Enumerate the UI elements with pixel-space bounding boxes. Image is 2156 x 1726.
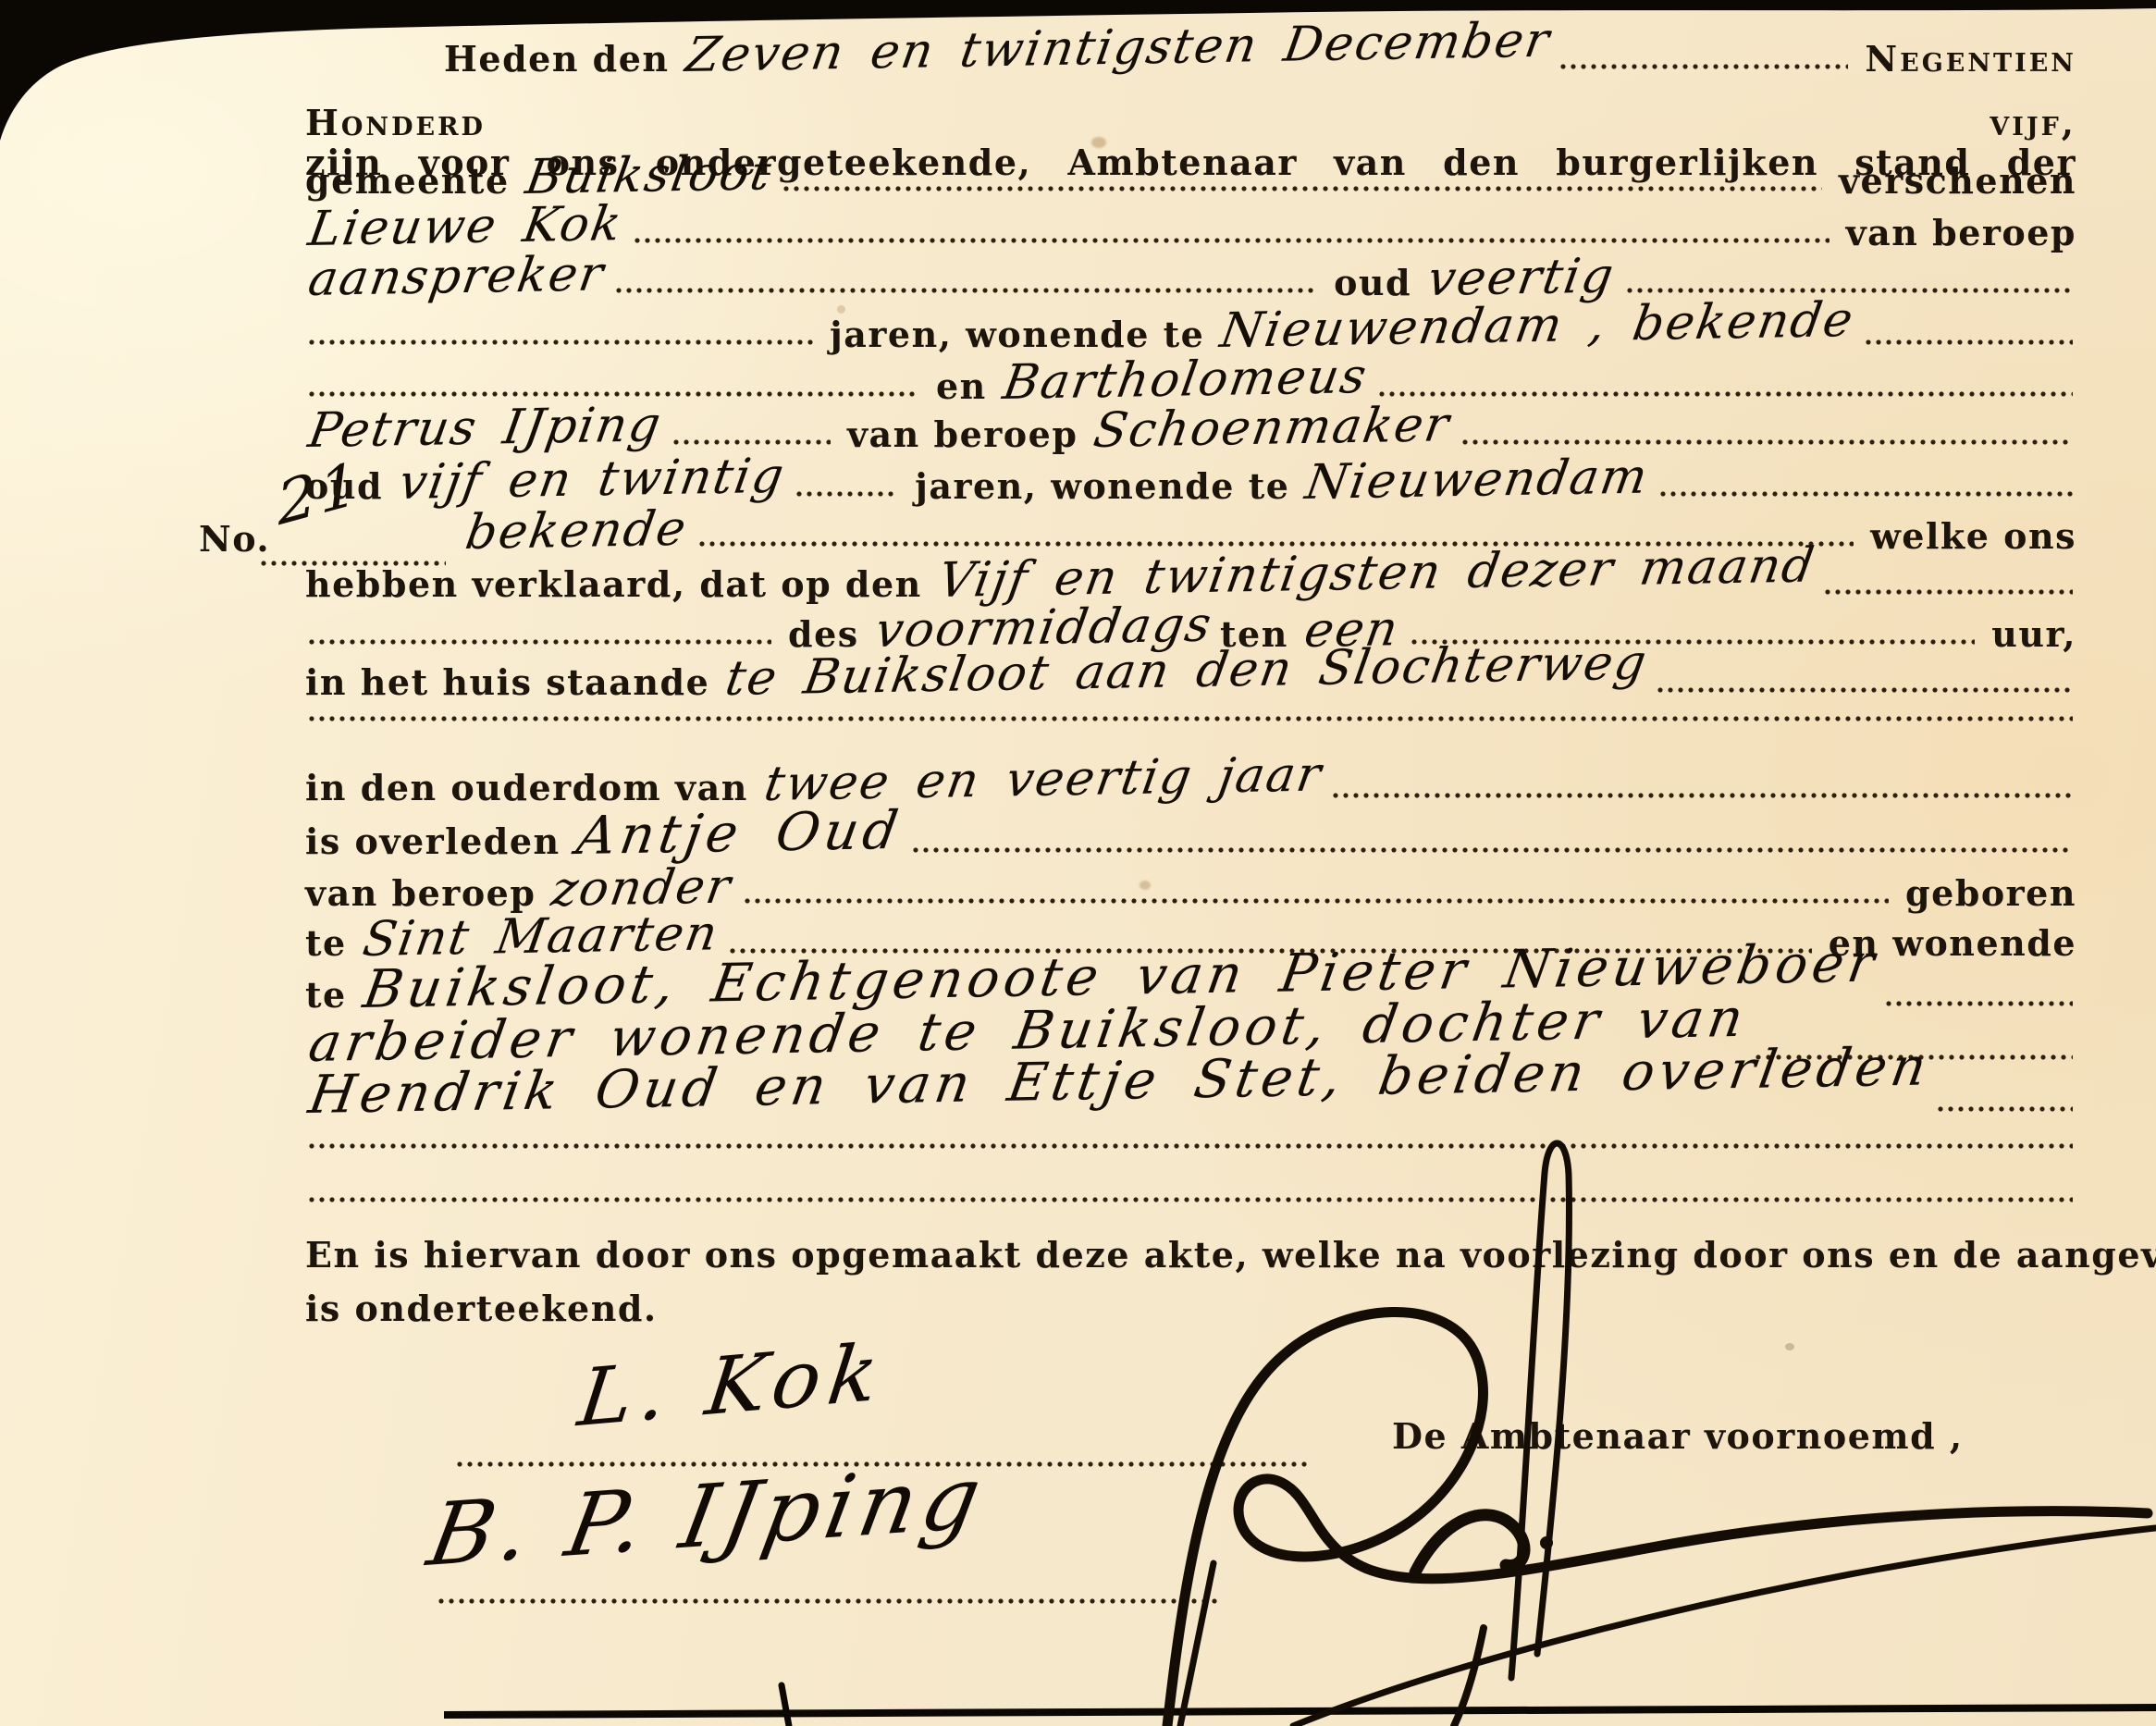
form-line-declarant2-name-beroep: Petrus IJping van beroep Schoenmaker	[305, 407, 2076, 455]
dotted-rule	[1886, 999, 2073, 1008]
printed-uur: uur,	[1991, 615, 2076, 655]
printed-oud: oud	[1334, 264, 1411, 303]
margin-record-no-label: No.	[199, 520, 270, 560]
dotted-rule	[634, 236, 1830, 245]
handwritten-declarant1-beroep: aanspreker	[305, 250, 608, 303]
handwritten-declarant2-age: vijf en twintig	[396, 452, 789, 507]
printed-geboren: geboren	[1905, 874, 2076, 914]
printed-honderd-vijf: Honderd vijf,	[305, 102, 2076, 143]
form-line-huis: in het huis staande te Buiksloot aan den…	[305, 655, 2076, 703]
dotted-rule	[1938, 1104, 2073, 1114]
printed-en: en	[936, 367, 987, 407]
handwritten-declarant1-woonplaats: Nieuwendam , bekende	[1217, 296, 1858, 355]
dotted-rule	[309, 714, 2073, 723]
printed-heden-den: Heden den	[444, 40, 670, 80]
printed-van-beroep: van beroep	[1846, 214, 2076, 253]
handwritten-declarant1-name: Lieuwe Kok	[305, 200, 626, 253]
dotted-rule	[616, 286, 1317, 295]
dotted-rule	[309, 338, 813, 347]
printed-is-overleden: is overleden	[305, 822, 561, 862]
form-line-empty	[305, 1141, 2076, 1159]
printed-closing-1: En is hiervan door ons opgemaakt deze ak…	[305, 1234, 2156, 1276]
signature-witness-1: L. Kok	[573, 1326, 891, 1445]
printed-in-het-huis: in het huis staande	[305, 663, 709, 703]
printed-jaren-wonende: jaren, wonende te	[830, 315, 1204, 355]
form-line-beroep-overledene: van beroep zonder geboren	[305, 866, 2076, 914]
dotted-rule	[1825, 587, 2073, 597]
dotted-rule	[1560, 62, 1849, 71]
death-certificate-scan: No. 21 Heden den Zeven en twintigsten De…	[0, 0, 2156, 1726]
handwritten-bekende: bekende	[462, 505, 691, 557]
handwritten-leeftijd: twee en veertig jaar	[761, 751, 1325, 808]
dotted-rule	[1462, 438, 2073, 447]
dotted-rule	[1379, 389, 2073, 399]
dotted-rule	[1866, 338, 2073, 347]
handwritten-adres: te Buiksloot aan den Slochterweg	[722, 639, 1651, 703]
printed-ouderdom: in den ouderdom van	[305, 769, 748, 808]
dotted-rule	[1660, 489, 2073, 499]
handwritten-date: Zeven en twintigsten December	[683, 17, 1554, 80]
handwritten-declarant2-woonplaats: Nieuwendam	[1302, 453, 1652, 507]
form-line-ouders: Hendrik Oud en van Ettje Stet, beiden ov…	[305, 1069, 2076, 1122]
form-closing-line2: is onderteekend.	[305, 1289, 2076, 1329]
printed-te-2: te	[305, 976, 347, 1016]
next-page-letter-stub	[782, 1685, 789, 1726]
printed-van-beroep-2: van beroep	[847, 415, 1078, 455]
printed-jaren-wonende-2: jaren, wonende te	[915, 467, 1289, 507]
dotted-rule	[1657, 685, 2073, 695]
form-line-declarant2-age-woonplaats: oud vijf en twintig jaren, wonende te Ni…	[305, 459, 2076, 507]
handwritten-gemeente: Buiksloot	[523, 149, 776, 202]
paper-stain	[1785, 1343, 1794, 1350]
form-line-overledene: is overleden Antje Oud	[305, 810, 2076, 863]
handwritten-declarant2-beroep: Schoenmaker	[1090, 401, 1454, 455]
handwritten-declarant2-name: Petrus IJping	[305, 401, 665, 455]
printed-gemeente: gemeente	[305, 162, 510, 202]
form-line-empty	[305, 714, 2076, 732]
handwritten-overlijdensdag: Vijf en twintigsten dezer maand	[935, 542, 1818, 605]
dotted-rule	[673, 438, 831, 447]
dotted-rule	[309, 1141, 2073, 1151]
dotted-rule	[309, 637, 771, 647]
printed-te: te	[305, 924, 347, 964]
dotted-rule	[1333, 791, 2073, 800]
bottom-page-edge-line	[444, 1708, 2156, 1715]
dotted-rule	[783, 184, 1822, 193]
printed-welke-ons: welke ons	[1870, 517, 2076, 557]
dotted-rule	[745, 896, 1889, 906]
dotted-rule	[438, 1597, 1220, 1606]
dotted-rule	[309, 1195, 2073, 1204]
dotted-rule	[913, 845, 2073, 855]
printed-verschenen: verschenen	[1839, 162, 2076, 202]
printed-oud-2: oud	[305, 467, 383, 507]
form-line-date: Heden den Zeven en twintigsten December …	[444, 31, 2076, 80]
form-line-ouderdom: in den ouderdom van twee en veertig jaar	[305, 760, 2076, 808]
form-line-gemeente: gemeente Buiksloot verschenen	[305, 154, 2076, 202]
form-closing-paragraph: En is hiervan door ons opgemaakt deze ak…	[305, 1236, 2076, 1276]
printed-van-beroep-3: van beroep	[305, 874, 536, 914]
printed-official-title: De Ambtenaar voornoemd ,	[1392, 1417, 1964, 1457]
handwritten-overledene-naam: Antje Oud	[573, 805, 906, 863]
handwritten-declarant1-age: veertig	[1424, 253, 1618, 303]
printed-hebben-verklaard: hebben verklaard, dat op den	[305, 565, 922, 605]
form-line-empty	[305, 1195, 2076, 1213]
form-line-declarant1-woonplaats: jaren, wonende te Nieuwendam , bekende	[305, 307, 2076, 355]
dotted-rule	[796, 489, 898, 499]
printed-year-negentien: Negentien	[1865, 40, 2076, 80]
printed-closing-2: is onderteekend.	[305, 1289, 658, 1329]
